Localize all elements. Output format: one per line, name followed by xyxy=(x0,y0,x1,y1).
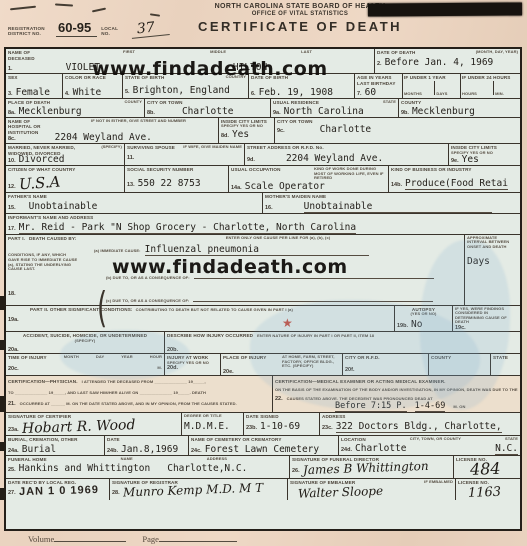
sex-value: Female xyxy=(16,87,50,98)
industry-value: Produce(Food Retai xyxy=(405,178,508,190)
field-number: 4. xyxy=(65,91,70,97)
field-number: 8d. xyxy=(221,133,229,139)
degree-or-title-label: DEGREE OR TITLE xyxy=(184,414,241,419)
min-label: MIN. xyxy=(495,91,504,96)
field-number: 14a. xyxy=(231,185,242,191)
row-place-of-death: PLACE OF DEATH COUNTY 8a. Mecklenburg CI… xyxy=(6,98,520,117)
field-number: 27. xyxy=(8,490,16,496)
field-number: 2. xyxy=(377,61,382,67)
field-number: 9b. xyxy=(401,110,409,116)
date-of-death-label: DATE OF DEATH xyxy=(377,50,416,56)
field-number: 7. xyxy=(357,91,362,97)
surviving-spouse-label: SURVIVING SPOUSE xyxy=(127,145,175,151)
death-city-value: Charlotte xyxy=(182,106,233,117)
age-label: AGE IN YEARS LAST BIRTHDAY xyxy=(357,75,400,86)
citizen-label: CITIZEN OF WHAT COUNTRY xyxy=(8,167,122,173)
funeral-home-address: Charlotte,N.C. xyxy=(167,463,247,474)
field-number: 24d. xyxy=(341,447,352,453)
field-residence-inside-city-limits: INSIDE CITY LIMITS SPECIFY YES OR NO 9e.… xyxy=(448,144,520,165)
field-number: 17. xyxy=(8,226,16,232)
field-certification-physician: CERTIFICATION—PHYSICIAN. I ATTENDED THE … xyxy=(6,376,272,412)
occupation-label: USUAL OCCUPATION xyxy=(231,167,281,173)
marital-sublabel: (SPECIFY) xyxy=(101,145,122,150)
registration-district-number: 60-95 xyxy=(56,20,97,37)
field-number: 25. xyxy=(8,467,16,473)
field-number: 13. xyxy=(127,182,135,188)
field-number: 24b. xyxy=(107,448,118,454)
ink-blot xyxy=(0,340,4,350)
field-age: AGE IN YEARS LAST BIRTHDAY 7. 60 xyxy=(354,74,402,98)
red-star-mark: ★ xyxy=(282,316,293,330)
part2-label: PART II. OTHER SIGNIFICANT CONDITIONS: xyxy=(30,307,133,313)
last-label: LAST xyxy=(301,50,312,55)
row-citizen-occupation: CITIZEN OF WHAT COUNTRY 12. U.S.A SOCIAL… xyxy=(6,165,520,192)
field-number: 8c. xyxy=(8,136,16,142)
street-address-value: 2204 Weyland Ave. xyxy=(286,153,383,164)
field-date-received: DATE REC'D BY LOCAL REG. 27. JAN 1 0 196… xyxy=(6,479,109,501)
residence-state-value: North Carolina xyxy=(284,106,364,117)
field-death-city: CITY OR TOWN 8b. Charlotte xyxy=(144,99,270,117)
time-of-injury-label: TIME OF INJURY xyxy=(8,355,47,361)
middle-label: MIDDLE xyxy=(210,50,226,55)
field-signature-of-certifier: SIGNATURE OF CERTIFIER 23a. Hobart R. Wo… xyxy=(6,413,181,435)
field-occupation: USUAL OCCUPATION KIND OF WORK DONE DURIN… xyxy=(228,166,388,192)
field-mother: MOTHER'S MAIDEN NAME 16. Unobtainable xyxy=(262,193,520,214)
mother-label: MOTHER'S MAIDEN NAME xyxy=(265,194,518,200)
dob-value: Feb. 19, 1908 xyxy=(259,87,333,98)
field-residence-state: USUAL RESIDENCE STATE 9a. North Carolina xyxy=(270,99,398,117)
location-state-label: STATE xyxy=(505,437,518,442)
field-number: 24a. xyxy=(8,448,19,454)
field-marital-status: MARRIED, NEVER MARRIED, WIDOWED, DIVORCE… xyxy=(6,144,124,165)
field-age-under-24-hours: IF UNDER 24 HOURS HOURS MIN. xyxy=(460,74,520,98)
field-burial-cremation: BURIAL, CREMATION, OTHER 24a. Burial xyxy=(6,436,104,456)
field-date-signed: DATE SIGNED 23b. 1-10-69 xyxy=(243,413,319,435)
date-received-stamp: JAN 1 0 1969 xyxy=(19,484,99,498)
field-number: 12. xyxy=(8,184,16,190)
informant-value: Mr. Reid - Park "N Shop Grocery - Charlo… xyxy=(19,222,356,234)
field-number: 16. xyxy=(265,205,273,211)
field-street-address: STREET ADDRESS OR R.F.D. No. 9d. 2204 We… xyxy=(244,144,448,165)
degree-value: M.D.M.E. xyxy=(184,421,241,432)
occupation-value: Scale Operator xyxy=(245,181,325,192)
ink-blot xyxy=(0,488,6,500)
enter-one-cause-label: ENTER ONLY ONE CAUSE PER LINE FOR (a), (… xyxy=(94,236,462,241)
hours-label: HOURS xyxy=(462,91,477,96)
occupation-sublabel: KIND OF WORK DONE DURING MOST OF WORKING… xyxy=(314,167,386,181)
findadeath-watermark: www.findadeath.com xyxy=(112,256,348,278)
map-watermark xyxy=(60,330,190,380)
father-label: FATHER'S NAME xyxy=(8,194,260,200)
marital-value: Divorced xyxy=(19,154,65,165)
embalmer-license-value: 1163 xyxy=(468,484,518,500)
death-icl-value: Yes xyxy=(232,129,249,140)
field-number: 9e. xyxy=(451,158,459,164)
field-number: 23a. xyxy=(8,427,19,433)
cert-physician-line1: I ATTENDED THE DECEASED FROM ___________… xyxy=(82,380,206,385)
cert-physician-line2: TO ______________ 19_____, AND LAST SAW … xyxy=(8,391,270,396)
pen-mark xyxy=(55,3,73,6)
first-label: FIRST xyxy=(123,50,135,55)
ssn-label: SOCIAL SECURITY NUMBER xyxy=(127,167,226,173)
volume-page-line: Volume Page xyxy=(28,533,237,544)
industry-label: KIND OF BUSINESS OR INDUSTRY xyxy=(391,167,518,173)
location-state-value: N.C. xyxy=(495,443,518,455)
field-funeral-home: FUNERAL HOME NAME ADDRESS 25. Hankins an… xyxy=(6,456,289,478)
field-industry: KIND OF BUSINESS OR INDUSTRY 14b. Produc… xyxy=(388,166,520,192)
funeral-address-label: ADDRESS xyxy=(207,457,227,462)
cert-physician-title: CERTIFICATION—PHYSICIAN. xyxy=(8,379,78,385)
death-caused-by-label: DEATH CAUSED BY: xyxy=(29,236,76,242)
field-father: FATHER'S NAME 15. Unobtainable xyxy=(6,193,262,214)
address-label: ADDRESS xyxy=(322,414,518,420)
date-signed-label: DATE SIGNED xyxy=(246,414,317,420)
days-label: DAYS xyxy=(436,91,447,96)
field-informant: INFORMANT'S NAME AND ADDRESS 17. Mr. Rei… xyxy=(6,214,520,234)
field-number: 26. xyxy=(292,468,300,474)
field-sex: SEX 3. Female xyxy=(6,74,62,98)
county-label: COUNTY xyxy=(125,100,143,105)
deceased-name-label: NAME OF DECEASED xyxy=(8,50,48,61)
field-surviving-spouse: SURVIVING SPOUSE IF WIFE, GIVE MAIDEN NA… xyxy=(124,144,244,165)
certificate-title: CERTIFICATE OF DEATH xyxy=(150,19,450,34)
cemetery-label: NAME OF CEMETERY OR CREMATORY xyxy=(191,437,336,443)
field-number: 21. xyxy=(8,401,16,407)
residence-county-value: Mecklenburg xyxy=(412,106,475,117)
field-degree-or-title: DEGREE OR TITLE M.D.M.E. xyxy=(181,413,243,435)
local-no-label: LOCAL NO. xyxy=(101,26,127,37)
field-number: 24c. xyxy=(191,448,202,454)
hospital-sublabel: IF NOT IN EITHER, GIVE STREET AND NUMBER xyxy=(91,119,186,124)
date-signed-value: 1-10-69 xyxy=(260,421,300,432)
findadeath-watermark: www.findadeath.com xyxy=(92,58,328,80)
row-hospital: NAME OF HOSPITAL OR INSTITUTION IF NOT I… xyxy=(6,117,520,144)
part2-sublabel: CONTRIBUTING TO DEATH BUT NOT RELATED TO… xyxy=(136,308,293,313)
hospital-value: 2204 Weyland Ave. xyxy=(55,132,152,143)
field-number: 6. xyxy=(251,91,256,97)
field-embalmer-signature: SIGNATURE OF EMBALMER IF EMBALMED Walter… xyxy=(287,479,455,501)
field-part2-number: 19a. xyxy=(6,306,28,331)
location-sublabel: CITY, TOWN, OR COUNTY xyxy=(410,437,461,442)
location-value: Charlotte xyxy=(355,443,406,454)
street-address-label: STREET ADDRESS OR R.F.D. No. xyxy=(247,145,446,151)
birthplace-value: Brighton, England xyxy=(133,85,230,96)
field-number: 3. xyxy=(8,91,13,97)
death-county-value: Mecklenburg xyxy=(19,106,82,117)
due-to-c-blank xyxy=(193,295,433,302)
page-label: Page xyxy=(142,534,159,544)
conditions-label: CONDITIONS, IF ANY, WHICH GAVE RISE TO I… xyxy=(8,253,78,271)
row-parents: FATHER'S NAME 15. Unobtainable MOTHER'S … xyxy=(6,192,520,214)
funeral-home-name: Hankins and Whittington xyxy=(19,463,151,474)
field-number: 10. xyxy=(8,158,16,164)
funeral-name-label: NAME xyxy=(121,457,133,462)
field-death-inside-city-limits: INSIDE CITY LIMITS SPECIFY YES OR NO 8d.… xyxy=(218,118,274,144)
due-to-c-label: (c) DUE TO, OR AS A CONSEQUENCE OF: xyxy=(106,299,189,304)
disposition-date-label: DATE xyxy=(107,437,186,443)
months-label: MONTHS xyxy=(404,91,422,96)
cause-left-column: PART I. DEATH CAUSED BY: CONDITIONS, IF … xyxy=(6,235,92,305)
row-funeral-home: FUNERAL HOME NAME ADDRESS 25. Hankins an… xyxy=(6,455,520,478)
father-value: Unobtainable xyxy=(29,201,98,212)
field-disposition-location: LOCATION CITY, TOWN, OR COUNTY STATE 24d… xyxy=(338,436,520,456)
cemetery-value: Forest Lawn Cemetery xyxy=(205,444,319,455)
field-funeral-director-signature: SIGNATURE OF FUNERAL DIRECTOR 26. James … xyxy=(289,456,453,478)
ink-blot xyxy=(0,396,5,412)
sex-label: SEX xyxy=(8,75,60,81)
race-value: White xyxy=(73,87,102,98)
field-number: 8b. xyxy=(147,110,155,116)
surviving-spouse-sublabel: IF WIFE, GIVE MAIDEN NAME xyxy=(183,145,242,150)
disposition-type-value: Burial xyxy=(22,444,56,455)
disposition-date-value: Jan.8,1969 xyxy=(121,444,178,455)
residence-icl-value: Yes xyxy=(462,154,479,165)
field-director-license: LICENSE NO. 484 xyxy=(453,456,520,478)
death-certificate-scan: NORTH CAROLINA STATE BOARD OF HEALTH OFF… xyxy=(0,0,527,546)
field-registrar-signature: SIGNATURE OF REGISTRAR 28. Munro Kemp M.… xyxy=(109,479,287,501)
mother-value: Unobtainable xyxy=(304,201,493,213)
field-cemetery: NAME OF CEMETERY OR CREMATORY 24c. Fores… xyxy=(188,436,338,456)
registration-district-label: REGISTRATION DISTRICT NO. xyxy=(8,26,52,37)
row-informant: INFORMANT'S NAME AND ADDRESS 17. Mr. Rei… xyxy=(6,213,520,234)
field-number: 9d. xyxy=(247,157,255,163)
residence-city-value: Charlotte xyxy=(320,124,371,135)
citizen-value-handwritten: U.S.A xyxy=(18,172,61,192)
field-number: 5. xyxy=(125,89,130,95)
how-injury-label: DESCRIBE HOW INJURY OCCURRED xyxy=(167,333,253,339)
field-number: 28. xyxy=(112,490,120,496)
field-number: 9c. xyxy=(277,128,285,134)
certifier-address-value: 322 Doctors Bldg., Charlotte, xyxy=(336,421,502,433)
field-embalmer-license: LICENSE NO. 1163 xyxy=(455,479,520,501)
immediate-cause-label: (a) IMMEDIATE CAUSE: xyxy=(94,249,141,254)
field-number: 20c. xyxy=(8,366,19,372)
burial-cremation-label: BURIAL, CREMATION, OTHER xyxy=(8,437,102,443)
field-certifier-address: ADDRESS 23c. 322 Doctors Bldg., Charlott… xyxy=(319,413,520,435)
field-residence-city: CITY OR TOWN 9c. Charlotte xyxy=(274,118,520,144)
ssn-value: 550 22 8753 xyxy=(138,178,201,189)
field-number: 14b. xyxy=(391,182,402,188)
field-residence-county: COUNTY 9b. Mecklenburg xyxy=(398,99,520,117)
row-disposition: BURIAL, CREMATION, OTHER 24a. Burial DAT… xyxy=(6,435,520,456)
pen-mark xyxy=(92,8,106,13)
state-label: STATE xyxy=(383,100,396,105)
cert-physician-line3: OCCURRED AT ______ M. ON THE DATE STATED… xyxy=(20,402,237,407)
field-number: 18. xyxy=(8,291,16,297)
location-label: LOCATION xyxy=(341,437,366,443)
ink-blot xyxy=(0,296,6,310)
field-number: 15. xyxy=(8,205,16,211)
field-age-under-1-year: IF UNDER 1 YEAR MONTHS DAYS xyxy=(402,74,460,98)
field-date-of-death: DATE OF DEATH (MONTH, DAY, YEAR) 2. Befo… xyxy=(374,49,520,73)
field-citizen: CITIZEN OF WHAT COUNTRY 12. U.S.A xyxy=(6,166,124,192)
director-license-value: 484 xyxy=(470,458,519,478)
date-of-death-sublabel: (MONTH, DAY, YEAR) xyxy=(476,50,518,55)
field-number: 8a. xyxy=(8,110,16,116)
part1-label: PART I. xyxy=(8,236,25,242)
hospital-label: NAME OF HOSPITAL OR INSTITUTION xyxy=(8,119,54,136)
field-number: 9a. xyxy=(273,110,281,116)
ink-blot xyxy=(0,442,4,451)
immediate-cause-value: Influenzal pneumonia xyxy=(145,244,369,256)
field-number: 23b. xyxy=(246,425,257,431)
registration-block: REGISTRATION DISTRICT NO. 60-95 LOCAL NO… xyxy=(8,20,169,37)
field-death-county: PLACE OF DEATH COUNTY 8a. Mecklenburg xyxy=(6,99,144,117)
field-hospital: NAME OF HOSPITAL OR INSTITUTION IF NOT I… xyxy=(6,118,218,144)
date-of-death-value: Before Jan. 4, 1969 xyxy=(385,57,494,68)
row-registrar: DATE REC'D BY LOCAL REG. 27. JAN 1 0 196… xyxy=(6,478,520,501)
pen-mark xyxy=(10,6,36,11)
field-ssn: SOCIAL SECURITY NUMBER 13. 550 22 8753 xyxy=(124,166,228,192)
field-number: 11. xyxy=(127,155,134,161)
row-certifier-signature: SIGNATURE OF CERTIFIER 23a. Hobart R. Wo… xyxy=(6,412,520,435)
volume-label: Volume xyxy=(28,534,54,544)
redaction-bar xyxy=(368,2,522,16)
local-number-handwritten: 37 xyxy=(130,18,169,39)
informant-label: INFORMANT'S NAME AND ADDRESS xyxy=(8,215,518,221)
field-disposition-date: DATE 24b. Jan.8,1969 xyxy=(104,436,188,456)
age-value: 60 xyxy=(365,87,376,98)
field-number: 23c. xyxy=(322,425,333,431)
row-marital: MARRIED, NEVER MARRIED, WIDOWED, DIVORCE… xyxy=(6,143,520,165)
field-number: 19a. xyxy=(8,317,26,323)
field-number: 1. xyxy=(8,66,13,72)
field-number: 22. xyxy=(275,396,283,402)
